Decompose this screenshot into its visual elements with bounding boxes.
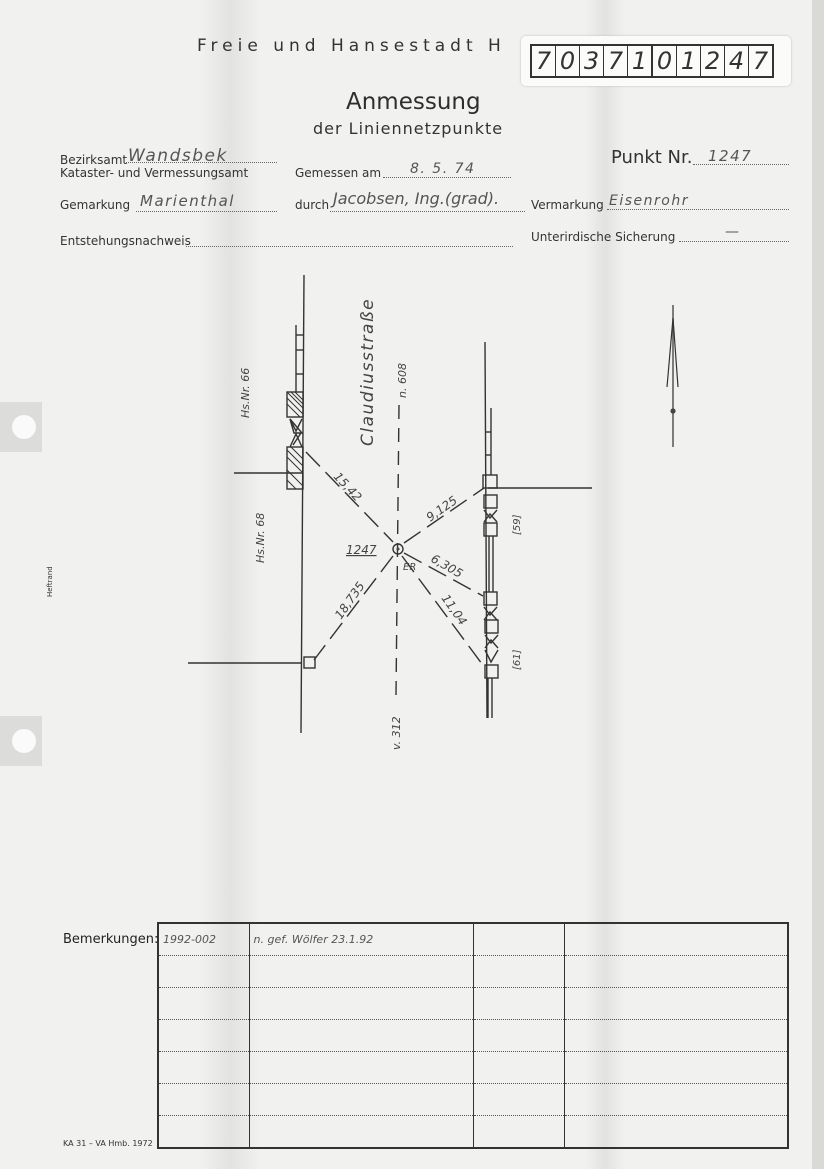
remarks-cell (564, 1020, 788, 1052)
remarks-row (158, 956, 788, 988)
ref-north: n. 608 (396, 363, 409, 398)
distance-label: 11,04 (439, 592, 470, 628)
remarks-cell (473, 988, 564, 1020)
remarks-cell (564, 988, 788, 1020)
house-number-66: Hs.Nr. 66 (239, 368, 252, 418)
point-number-label: 1247 (346, 543, 377, 557)
remarks-cell (249, 1052, 473, 1084)
remarks-row (158, 1020, 788, 1052)
remarks-row: 1992-002n. gef. Wölfer 23.1.92 (158, 923, 788, 956)
remarks-cell (473, 1084, 564, 1116)
remarks-cell (473, 1020, 564, 1052)
remarks-cell (564, 923, 788, 956)
remarks-row (158, 1084, 788, 1116)
remarks-cell (249, 956, 473, 988)
remarks-table: 1992-002n. gef. Wölfer 23.1.92 (157, 922, 789, 1149)
measure-line (314, 556, 393, 660)
remarks-cell (249, 988, 473, 1020)
remarks-label: Bemerkungen: (63, 932, 158, 947)
right-property-line (485, 342, 487, 718)
remarks-cell: n. gef. Wölfer 23.1.92 (249, 923, 473, 956)
remarks-row (158, 988, 788, 1020)
house-number-68: Hs.Nr. 68 (254, 513, 267, 563)
north-arrow-dot (670, 408, 675, 413)
remarks-cell (158, 1116, 249, 1149)
remarks-cell (249, 1084, 473, 1116)
remarks-cell (564, 1116, 788, 1149)
form-id: KA 31 – VA Hmb. 1972 (63, 1139, 153, 1148)
remarks-cell (249, 1020, 473, 1052)
remarks-cell: 1992-002 (158, 923, 249, 956)
remarks-cell (158, 1052, 249, 1084)
remarks-cell (249, 1116, 473, 1149)
remarks-row (158, 1052, 788, 1084)
distance-label: 15,42 (331, 469, 365, 504)
remarks-cell (158, 1084, 249, 1116)
remarks-cell (158, 956, 249, 988)
house-number-59: [59] (512, 514, 523, 535)
remarks-row (158, 1116, 788, 1149)
remarks-cell (158, 988, 249, 1020)
remarks-cell (473, 1116, 564, 1149)
ref-south: v. 312 (390, 716, 403, 750)
marker-label: ER (403, 562, 416, 573)
remarks-cell (473, 923, 564, 956)
remarks-cell (564, 1084, 788, 1116)
distance-label: 6,305 (429, 551, 466, 580)
location-sketch: Claudiusstraße Hs.Nr. 66 Hs.Nr. 68 n. 60… (0, 0, 824, 900)
remarks-cell (564, 1052, 788, 1084)
remarks-cell (473, 1052, 564, 1084)
remarks-cell (158, 1020, 249, 1052)
boundary-marker (304, 657, 315, 668)
distance-label: 18,735 (332, 579, 368, 621)
house-number-61: [61] (512, 649, 523, 670)
street-name: Claudiusstraße (358, 298, 378, 446)
remarks-cell (564, 956, 788, 988)
remarks-cell (473, 956, 564, 988)
